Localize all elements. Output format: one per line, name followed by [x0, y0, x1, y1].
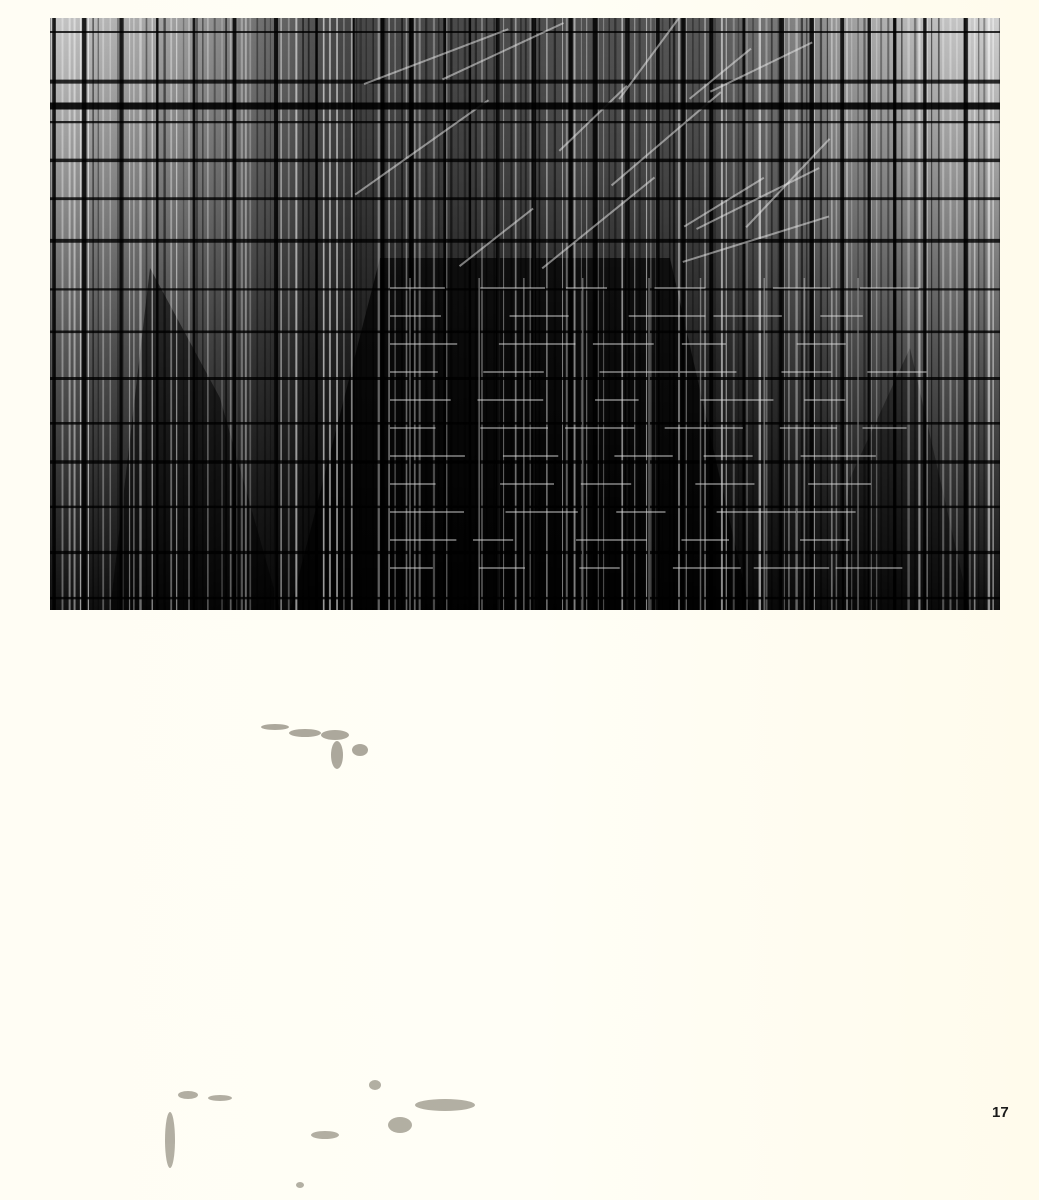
- book-page: 17: [0, 0, 1039, 1200]
- page-number: 17: [992, 1104, 1009, 1121]
- scan-smudge-upper: [255, 715, 385, 795]
- scan-smudge-lower: [150, 1070, 490, 1190]
- grid-structure-photograph: [50, 18, 1000, 610]
